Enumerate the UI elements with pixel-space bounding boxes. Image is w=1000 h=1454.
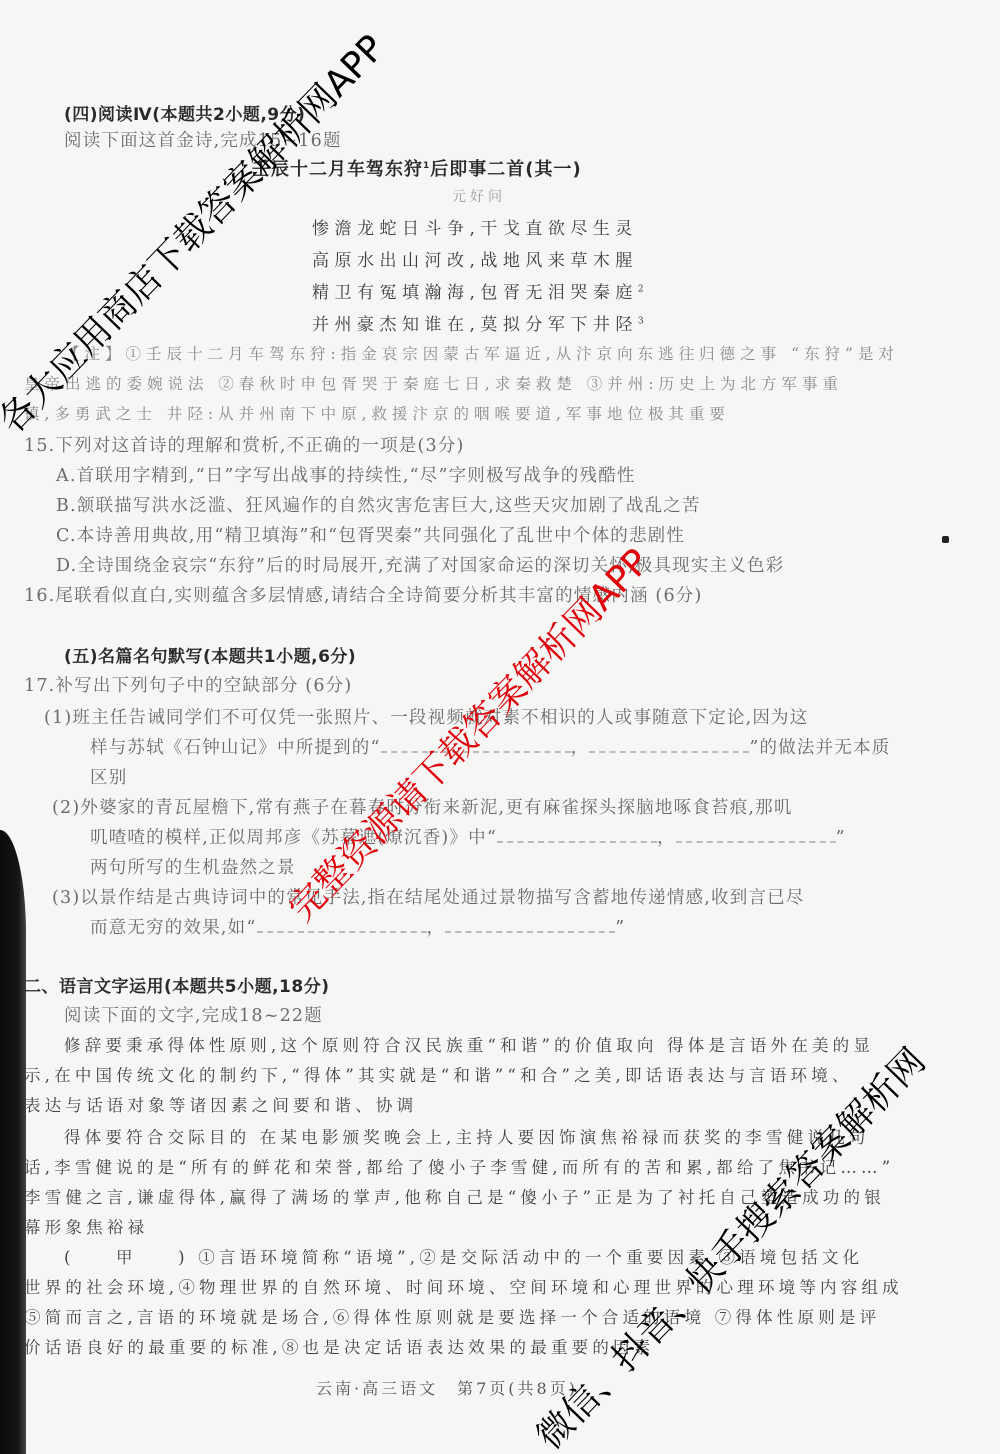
poem-line-3-text: 精卫有冤填瀚海,包胥无泪哭秦庭 bbox=[312, 283, 638, 303]
poem-note-2: 皇帝出逃的委婉说法 ②春秋时申包胥哭于秦庭七日,求秦救楚 ③并州:历史上为北方军… bbox=[24, 372, 843, 394]
page-footer: 云南·高三语文 第7页(共8页) bbox=[316, 1376, 578, 1399]
q17-1-blank-2[interactable] bbox=[589, 737, 749, 753]
q17-3-prefix: 而意无穷的效果,如“ bbox=[90, 918, 257, 938]
q17-1-line1: (1)班主任告诫同学们不可仅凭一张照片、一段视频就对素不相识的人或事随意下定论,… bbox=[44, 704, 808, 729]
q17-3-suffix: ” bbox=[615, 918, 625, 938]
para1-line1: 修辞要秉承得体性原则,这个原则符合汉民族重“和谐”的价值取向 得体是言语外在美的… bbox=[64, 1032, 874, 1056]
q15-stem: 15.下列对这首诗的理解和赏析,不正确的一项是(3分) bbox=[24, 432, 465, 457]
q17-1-suffix: ”的做法并无本质 bbox=[749, 738, 890, 758]
scan-speck bbox=[942, 536, 949, 543]
para1-line3: 表达与话语对象等诸因素之间要和谐、协调 bbox=[24, 1092, 417, 1116]
exam-page: (四)阅读Ⅳ(本题共2小题,9分) 阅读下面这首金诗,完成15~16题 壬辰十二… bbox=[0, 0, 1000, 1454]
poem-line-2: 高原水出山河改,战地风来草木腥 bbox=[312, 246, 638, 271]
poem-title-rest: 后即事二首(其一) bbox=[430, 159, 581, 180]
q17-1-prefix: 样与苏轼《石钟山记》中所提到的“ bbox=[90, 738, 381, 758]
q17-1-sep: ， bbox=[571, 738, 590, 758]
q17-2-suffix: ” bbox=[836, 828, 846, 848]
q17-2-line3: 两句所写的生机盎然之景 bbox=[90, 854, 296, 879]
poem-line-4-sup: 3 bbox=[638, 316, 649, 326]
poem-line-3: 精卫有冤填瀚海,包胥无泪哭秦庭2 bbox=[312, 278, 649, 303]
poem-note-3: 镇,多勇武之士 井陉:从并州南下中原,救援汴京的咽喉要道,军事地位极其重要 bbox=[24, 402, 730, 424]
poem-line-1: 惨澹龙蛇日斗争,干戈直欲尽生灵 bbox=[312, 214, 638, 239]
q17-1-line3: 区别 bbox=[90, 764, 127, 789]
q17-3-line2: 而意无穷的效果,如“，” bbox=[90, 914, 625, 939]
q15-option-a: A.首联用字精到,“日”字写出战事的持续性,“尽”字则极写战争的残酷性 bbox=[56, 462, 636, 487]
q15-option-c: C.本诗善用典故,用“精卫填海”和“包胥哭秦”共同强化了乱世中个体的悲剧性 bbox=[56, 522, 685, 547]
q17-3-blank-2[interactable] bbox=[445, 917, 615, 933]
q17-2-line2: 叽喳喳的模样,正似周邦彦《苏幕遮(燎沉香)》中“，” bbox=[90, 824, 846, 849]
para2-line1: 得体要符合交际目的 在某电影颁奖晚会上,主持人要因饰演焦裕禄而获奖的李雪健说几句 bbox=[64, 1124, 870, 1148]
q17-3-sep: ， bbox=[427, 918, 446, 938]
poem-line-3-sup: 2 bbox=[638, 284, 649, 294]
para3-line3: ⑤简而言之,言语的环境就是场合,⑥得体性原则就是要选择一个合适的语境 ⑦得体性原… bbox=[24, 1304, 880, 1328]
para1-line2: 示,在中国传统文化的制约下,“得体”其实就是“和谐”“和合”之美,即话语表达与言… bbox=[24, 1062, 853, 1086]
poem-line-4: 并州豪杰知谁在,莫拟分军下井陉3 bbox=[312, 310, 649, 335]
para2-line4: 幕形象焦裕禄 bbox=[24, 1214, 148, 1238]
para3-line2: 世界的社会环境,④物理世界的自然环境、时间环境、空间环境和心理世界的心理环境等内… bbox=[24, 1274, 903, 1298]
part2-instruction: 阅读下面的文字,完成18~22题 bbox=[64, 1002, 323, 1027]
q15-option-b: B.颔联描写洪水泛滥、狂风遍作的自然灾害危害巨大,这些天灾加剧了战乱之苦 bbox=[56, 492, 701, 517]
poem-author: 元好问 bbox=[452, 186, 506, 206]
poem-note-1: 【注】①壬辰十二月车驾东狩:指金哀宗因蒙古军逼近,从汴京向东逃往归德之事 “东狩… bbox=[64, 342, 899, 364]
q17-stem: 17.补写出下列句子中的空缺部分 (6分) bbox=[24, 672, 352, 697]
q15-option-d: D.全诗围绕金哀宗“东狩”后的时局展开,充满了对国家命运的深切关怀,极具现实主义… bbox=[56, 552, 784, 577]
page-edge-shadow bbox=[0, 830, 26, 1454]
poem-line-4-text: 并州豪杰知谁在,莫拟分军下井陉 bbox=[312, 315, 638, 335]
q17-3-blank-1[interactable] bbox=[257, 917, 427, 933]
part2-heading: 二、语言文字运用(本题共5小题,18分) bbox=[24, 972, 329, 997]
q17-2-blank-1[interactable] bbox=[497, 827, 657, 843]
section5-heading: (五)名篇名句默写(本题共1小题,6分) bbox=[64, 642, 356, 667]
para3-line4: 价话语良好的最重要的标准,⑧也是决定话语表达效果的最重要的因素 bbox=[24, 1334, 654, 1358]
q17-2-prefix: 叽喳喳的模样,正似周邦彦《苏幕遮(燎沉香)》中“ bbox=[90, 828, 497, 848]
q17-2-sep: ， bbox=[657, 828, 676, 848]
q17-2-blank-2[interactable] bbox=[676, 827, 836, 843]
poem-title: 壬辰十二月车驾东狩1后即事二首(其一) bbox=[252, 155, 582, 181]
q17-3-line1: (3)以景作结是古典诗词中的常见手法,指在结尾处通过景物描写含蓄地传递情感,收到… bbox=[52, 884, 805, 909]
